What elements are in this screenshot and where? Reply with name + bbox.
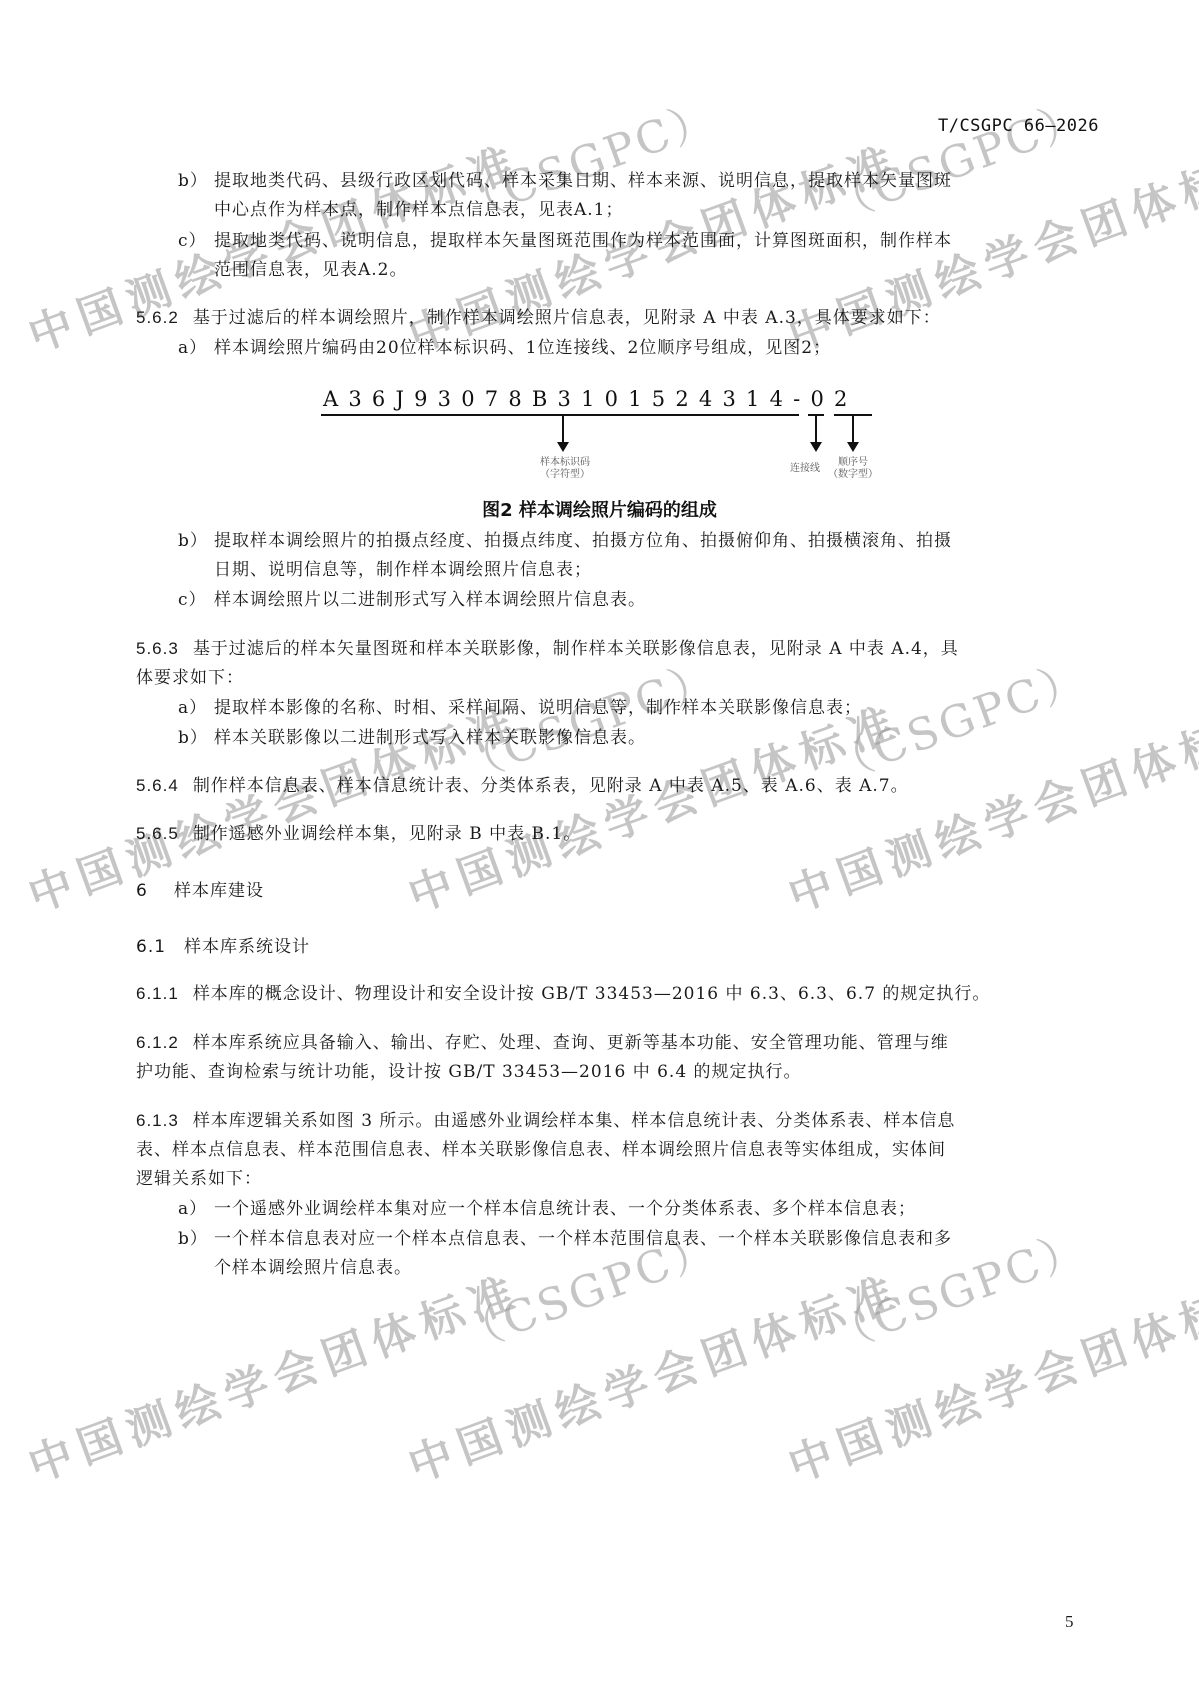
- identifier-label: 样本标识码 （字符型）: [530, 457, 600, 481]
- item-label: a）: [178, 697, 214, 719]
- section-number: 6.1: [136, 936, 184, 958]
- list-item-b: b）一个样本信息表对应一个样本点信息表、一个样本范围信息表、一个样本关联影像信息…: [178, 1228, 952, 1250]
- item-text: 样本调绘照片以二进制形式写入样本调绘照片信息表。: [214, 590, 646, 610]
- item-label: b）: [178, 1228, 214, 1250]
- list-item-c-continued: 范围信息表，见表A.2。: [214, 259, 408, 281]
- clause-6-1-2-continued: 护功能、查询检索与统计功能，设计按 GB/T 33453—2016 中 6.4 …: [136, 1061, 802, 1083]
- item-label: c）: [178, 589, 214, 611]
- watermark: 中国测绘学会团体标准: [778, 686, 1199, 924]
- clause-number: 6.1.3: [136, 1110, 179, 1132]
- item-text: 样本调绘照片编码由20位样本标识码、1位连接线、2位顺序号组成，见图2；: [214, 338, 831, 358]
- list-item-b-continued: 个样本调绘照片信息表。: [214, 1257, 412, 1279]
- clause-5-6-3: 5.6.3基于过滤后的样本矢量图斑和样本关联影像，制作样本关联影像信息表，见附录…: [136, 638, 959, 660]
- watermark: 中国测绘学会团体标准: [398, 686, 909, 924]
- list-item-a: a）提取样本影像的名称、时相、采样间隔、说明信息等，制作样本关联影像信息表；: [178, 697, 862, 719]
- list-item-c: c）样本调绘照片以二进制形式写入样本调绘照片信息表。: [178, 589, 646, 611]
- identifier-underline: [321, 414, 799, 416]
- clause-number: 5.6.5: [136, 823, 179, 845]
- identifier-label-type: （字符型）: [530, 469, 600, 481]
- clause-number: 5.6.4: [136, 775, 179, 797]
- item-text: 提取样本调绘照片的拍摄点经度、拍摄点纬度、拍摄方位角、拍摄俯仰角、拍摄横滚角、拍…: [214, 531, 952, 551]
- clause-5-6-5: 5.6.5制作遥感外业调绘样本集，见附录 B 中表 B.1。: [136, 823, 581, 845]
- clause-6-1-3: 6.1.3样本库逻辑关系如图 3 所示。由遥感外业调绘样本集、样本信息统计表、分…: [136, 1110, 955, 1132]
- photo-code-string: A36J93078B3101524314-02: [323, 387, 858, 411]
- clause-5-6-2: 5.6.2基于过滤后的样本调绘照片，制作样本调绘照片信息表，见附录 A 中表 A…: [136, 307, 941, 329]
- document-page: 中国测绘学会团体标准 （CSGPC） 中国测绘学会团体标准 （CSGPC） 中国…: [0, 0, 1199, 1696]
- item-text: 提取样本影像的名称、时相、采样间隔、说明信息等，制作样本关联影像信息表；: [214, 698, 862, 718]
- clause-number: 6.1.1: [136, 983, 179, 1005]
- clause-text: 样本库系统应具备输入、输出、存贮、处理、查询、更新等基本功能、安全管理功能、管理…: [193, 1033, 949, 1053]
- clause-6-1-3-continued: 表、样本点信息表、样本范围信息表、样本关联影像信息表、样本调绘照片信息表等实体组…: [136, 1139, 946, 1161]
- list-item-b-continued: 中心点作为样本点，制作样本点信息表，见表A.1；: [214, 199, 624, 221]
- arrow-down-icon: [815, 416, 817, 444]
- clause-number: 5.6.2: [136, 307, 179, 329]
- clause-6-1-2: 6.1.2样本库系统应具备输入、输出、存贮、处理、查询、更新等基本功能、安全管理…: [136, 1032, 949, 1054]
- clause-text: 制作样本信息表、样本信息统计表、分类体系表，见附录 A 中表 A.5、表 A.6…: [193, 776, 909, 796]
- item-label: b）: [178, 727, 214, 749]
- clause-5-6-4: 5.6.4制作样本信息表、样本信息统计表、分类体系表，见附录 A 中表 A.5、…: [136, 775, 909, 797]
- list-item-a: a）样本调绘照片编码由20位样本标识码、1位连接线、2位顺序号组成，见图2；: [178, 337, 831, 359]
- item-label: a）: [178, 1198, 214, 1220]
- item-text: 提取地类代码、说明信息，提取样本矢量图斑范围作为样本范围面，计算图斑面积，制作样…: [214, 231, 952, 251]
- clause-text: 基于过滤后的样本调绘照片，制作样本调绘照片信息表，见附录 A 中表 A.3，具体…: [193, 308, 941, 328]
- arrow-down-icon: [562, 416, 564, 444]
- clause-6-1-3-continued: 逻辑关系如下：: [136, 1168, 262, 1190]
- chapter-number: 6: [136, 880, 174, 902]
- section-title: 样本库系统设计: [184, 937, 310, 957]
- arrow-down-icon: [852, 416, 854, 444]
- item-label: b）: [178, 170, 214, 192]
- watermark: 中国测绘学会团体标准: [18, 1256, 529, 1494]
- page-number: 5: [1065, 1612, 1074, 1632]
- identifier-label-title: 样本标识码: [530, 457, 600, 469]
- chapter-6-heading: 6样本库建设: [136, 880, 264, 902]
- list-item-b-continued: 日期、说明信息等，制作样本调绘照片信息表；: [214, 559, 592, 581]
- list-item-b: b）提取样本调绘照片的拍摄点经度、拍摄点纬度、拍摄方位角、拍摄俯仰角、拍摄横滚角…: [178, 530, 952, 552]
- list-item-a: a）一个遥感外业调绘样本集对应一个样本信息统计表、一个分类体系表、多个样本信息表…: [178, 1198, 916, 1220]
- watermark: 中国测绘学会团体标准: [398, 1256, 909, 1494]
- clause-5-6-3-continued: 体要求如下：: [136, 667, 244, 689]
- watermark: 中国测绘学会团体标准: [778, 1256, 1199, 1494]
- watermark: 中国测绘学会团体标准: [18, 686, 529, 924]
- item-text: 一个遥感外业调绘样本集对应一个样本信息统计表、一个分类体系表、多个样本信息表；: [214, 1199, 916, 1219]
- list-item-b: b）样本关联影像以二进制形式写入样本关联影像信息表。: [178, 727, 646, 749]
- watermark-csgpc: （CSGPC）: [818, 81, 1095, 234]
- clause-text: 样本库逻辑关系如图 3 所示。由遥感外业调绘样本集、样本信息统计表、分类体系表、…: [193, 1111, 956, 1131]
- item-label: b）: [178, 530, 214, 552]
- clause-number: 5.6.3: [136, 638, 179, 660]
- item-text: 样本关联影像以二进制形式写入样本关联影像信息表。: [214, 728, 646, 748]
- figure-caption: 图2 样本调绘照片编码的组成: [0, 496, 1199, 522]
- connector-label: 连接线: [785, 463, 825, 475]
- item-label: c）: [178, 230, 214, 252]
- list-item-b: b）提取地类代码、县级行政区划代码、样本采集日期、样本来源、说明信息，提取样本矢…: [178, 170, 952, 192]
- list-item-c: c）提取地类代码、说明信息，提取样本矢量图斑范围作为样本范围面，计算图斑面积，制…: [178, 230, 952, 252]
- clause-6-1-1: 6.1.1样本库的概念设计、物理设计和安全设计按 GB/T 33453—2016…: [136, 983, 990, 1005]
- item-text: 提取地类代码、县级行政区划代码、样本采集日期、样本来源、说明信息，提取样本矢量图…: [214, 171, 952, 191]
- chapter-title: 样本库建设: [174, 881, 264, 901]
- clause-text: 样本库的概念设计、物理设计和安全设计按 GB/T 33453—2016 中 6.…: [193, 984, 991, 1004]
- clause-number: 6.1.2: [136, 1032, 179, 1054]
- sequence-label-title: 顺序号: [828, 457, 878, 469]
- item-label: a）: [178, 337, 214, 359]
- section-6-1-heading: 6.1样本库系统设计: [136, 936, 310, 958]
- sequence-label: 顺序号 （数字型）: [828, 457, 878, 481]
- clause-text: 制作遥感外业调绘样本集，见附录 B 中表 B.1。: [193, 824, 581, 844]
- clause-text: 基于过滤后的样本矢量图斑和样本关联影像，制作样本关联影像信息表，见附录 A 中表…: [193, 639, 959, 659]
- sequence-label-type: （数字型）: [828, 469, 878, 481]
- item-text: 一个样本信息表对应一个样本点信息表、一个样本范围信息表、一个样本关联影像信息表和…: [214, 1229, 952, 1249]
- standard-code-header: T/CSGPC 66—2026: [938, 116, 1099, 136]
